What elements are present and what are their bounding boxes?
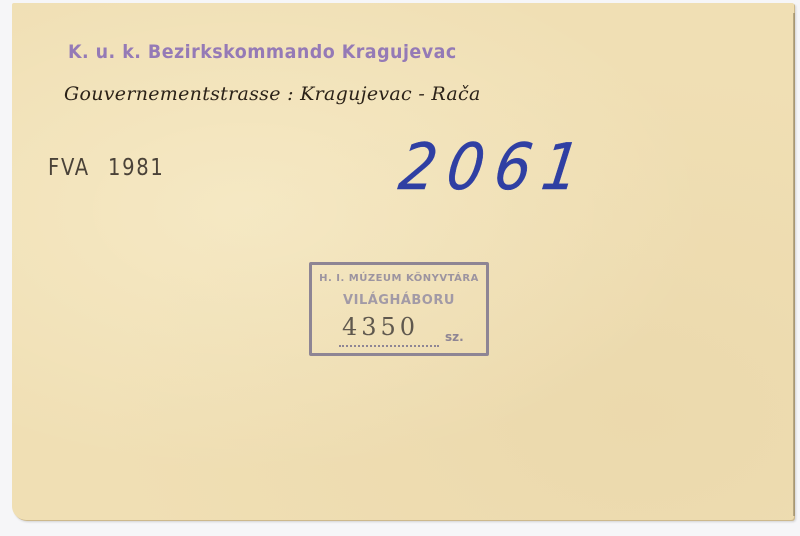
library-stamp-institution: H. I. MÚZEUM KÖNYVTÁRA bbox=[312, 273, 486, 284]
pencil-archive-note: FVA 1981 bbox=[48, 155, 165, 181]
handwritten-route: Gouvernementstrasse : Kragujevac - Rača bbox=[64, 83, 481, 105]
inventory-number: 2061 bbox=[395, 131, 595, 205]
library-stamp-dotted-line bbox=[339, 345, 439, 347]
library-stamp-suffix: sz. bbox=[445, 330, 464, 344]
library-stamp-collection: VILÁGHÁBORU bbox=[312, 293, 486, 308]
library-stamp-number: 4350 bbox=[342, 313, 419, 341]
command-stamp: K. u. k. Bezirkskommando Kragujevac bbox=[68, 41, 457, 63]
photo-card-back: K. u. k. Bezirkskommando Kragujevac Gouv… bbox=[12, 3, 794, 520]
library-stamp: H. I. MÚZEUM KÖNYVTÁRA VILÁGHÁBORU 4350 … bbox=[309, 262, 489, 356]
